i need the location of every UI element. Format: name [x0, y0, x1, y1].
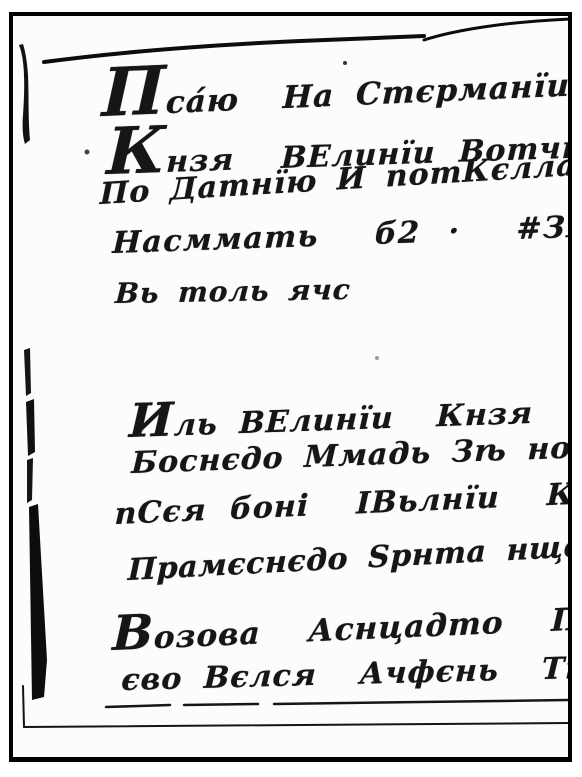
manuscript-line-8: пСєя боні ІВьлнїи Кнзя Т [114, 474, 568, 530]
manuscript-line-10: Возова Аснцадто По Хлсовь [112, 582, 568, 658]
manuscript-line-9: Прамєснєдо Ѕрнта нщсто Взпа [127, 524, 568, 586]
manuscript-line-11: єво Вєлся Ачфєнь ТкТовнї [121, 651, 568, 696]
manuscript-paper: Пса́ю На Стєрманїи Которы єКнзя ВЕлинїи … [13, 16, 568, 757]
manuscript-line-4: Насммать б2 · #ЗКЄ · Тод [112, 205, 568, 259]
manuscript-line-5: Вь толь ячс [115, 276, 352, 308]
handwriting-text-layer: Пса́ю На Стєрманїи Которы єКнзя ВЕлинїи … [13, 16, 568, 757]
manuscript-facsimile: Пса́ю На Стєрманїи Которы єКнзя ВЕлинїи … [0, 0, 582, 777]
